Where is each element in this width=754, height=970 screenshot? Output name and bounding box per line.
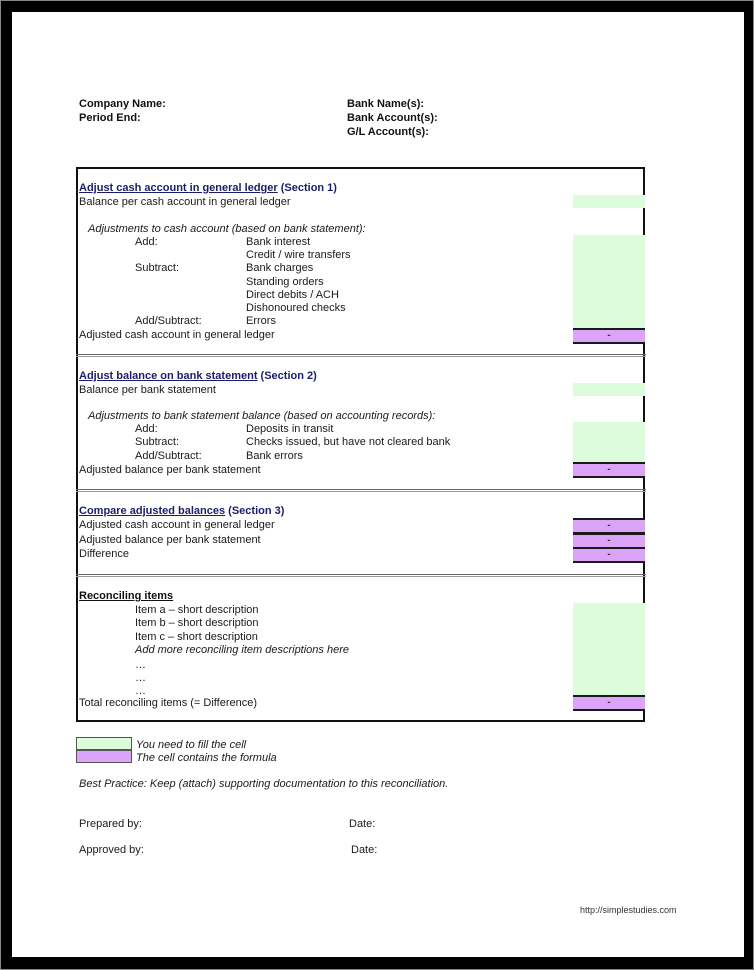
section2-total-label: Adjusted balance per bank statement: [79, 464, 261, 477]
approved-date-label: Date:: [351, 844, 377, 857]
adjustment-category: Add:: [135, 236, 158, 249]
adjustment-category: Add/Subtract:: [135, 315, 202, 328]
adjustment-item: Checks issued, but have not cleared bank: [246, 436, 450, 449]
gl-accounts-label: G/L Account(s):: [347, 126, 429, 139]
adjustment-item: Direct debits / ACH: [246, 289, 339, 302]
prepared-date-label: Date:: [349, 818, 375, 831]
adjustment-category: Add/Subtract:: [135, 450, 202, 463]
legend-fill-swatch: [76, 737, 132, 750]
prepared-by-label: Prepared by:: [79, 818, 142, 831]
reconciling-title: Reconciling items: [79, 590, 173, 603]
section3-title: Compare adjusted balances (Section 3): [79, 505, 284, 518]
adjustment-item: Item b – short description: [135, 617, 259, 630]
reconciling-total-label: Total reconciling items (= Difference): [79, 697, 257, 710]
section1-balance-input[interactable]: [573, 195, 645, 208]
adjustment-item: Credit / wire transfers: [246, 249, 351, 262]
company-name-label: Company Name:: [79, 98, 166, 111]
adjustment-item: Standing orders: [246, 276, 324, 289]
adjustment-item: …: [135, 672, 146, 685]
section1-adjustments-heading: Adjustments to cash account (based on ba…: [88, 223, 366, 236]
section2-adjustments-heading: Adjustments to bank statement balance (b…: [88, 410, 435, 423]
section2-total-formula: -: [573, 462, 645, 478]
legend-formula-label: The cell contains the formula: [136, 752, 277, 765]
footer-url-link[interactable]: http://simplestudies.com: [580, 905, 677, 915]
adjustment-item: Bank charges: [246, 262, 313, 275]
adjustment-category: Subtract:: [135, 436, 179, 449]
compare-row-formula: -: [573, 547, 645, 563]
bank-names-label: Bank Name(s):: [347, 98, 424, 111]
section1-balance-label: Balance per cash account in general ledg…: [79, 196, 291, 209]
adjustment-item: Bank interest: [246, 236, 310, 249]
adjustment-item: Dishonoured checks: [246, 302, 346, 315]
adjustment-category: Add:: [135, 423, 158, 436]
section2-adjustments-input[interactable]: [573, 422, 645, 462]
reconciling-items-input[interactable]: [573, 603, 645, 695]
section2-title-link[interactable]: Adjust balance on bank statement: [79, 370, 257, 382]
compare-row-label: Adjusted cash account in general ledger: [79, 519, 275, 532]
document-frame: Company Name: Period End: Bank Name(s): …: [1, 1, 753, 969]
compare-row-label: Adjusted balance per bank statement: [79, 534, 261, 547]
adjustment-item: Bank errors: [246, 450, 303, 463]
adjustment-item: Add more reconciling item descriptions h…: [135, 644, 349, 657]
adjustment-item: Item a – short description: [135, 604, 259, 617]
best-practice-note: Best Practice: Keep (attach) supporting …: [79, 778, 448, 791]
section3-title-link[interactable]: Compare adjusted balances: [79, 505, 225, 517]
section1-title-suffix: (Section 1): [281, 182, 337, 194]
section1-title-link[interactable]: Adjust cash account in general ledger: [79, 182, 278, 194]
section2-balance-input[interactable]: [573, 383, 645, 396]
adjustment-item: Deposits in transit: [246, 423, 333, 436]
section1-total-formula: -: [573, 328, 645, 344]
section2-title: Adjust balance on bank statement (Sectio…: [79, 370, 317, 383]
section-divider: [76, 354, 646, 357]
section2-balance-label: Balance per bank statement: [79, 384, 216, 397]
adjustment-category: Subtract:: [135, 262, 179, 275]
adjustment-item: Item c – short description: [135, 631, 258, 644]
section-divider: [76, 574, 646, 577]
section1-total-label: Adjusted cash account in general ledger: [79, 329, 275, 342]
section1-title: Adjust cash account in general ledger (S…: [79, 182, 337, 195]
compare-row-label: Difference: [79, 548, 129, 561]
legend-fill-label: You need to fill the cell: [136, 739, 246, 752]
section1-adjustments-input[interactable]: [573, 235, 645, 328]
reconciling-total-formula: -: [573, 695, 645, 711]
approved-by-label: Approved by:: [79, 844, 144, 857]
section2-title-suffix: (Section 2): [261, 370, 317, 382]
period-end-label: Period End:: [79, 112, 141, 125]
bank-accounts-label: Bank Account(s):: [347, 112, 438, 125]
adjustment-item: Errors: [246, 315, 276, 328]
legend-formula-swatch: [76, 750, 132, 763]
document-page: Company Name: Period End: Bank Name(s): …: [12, 12, 744, 957]
section3-title-suffix: (Section 3): [228, 505, 284, 517]
section-divider: [76, 489, 646, 492]
adjustment-item: …: [135, 659, 146, 672]
